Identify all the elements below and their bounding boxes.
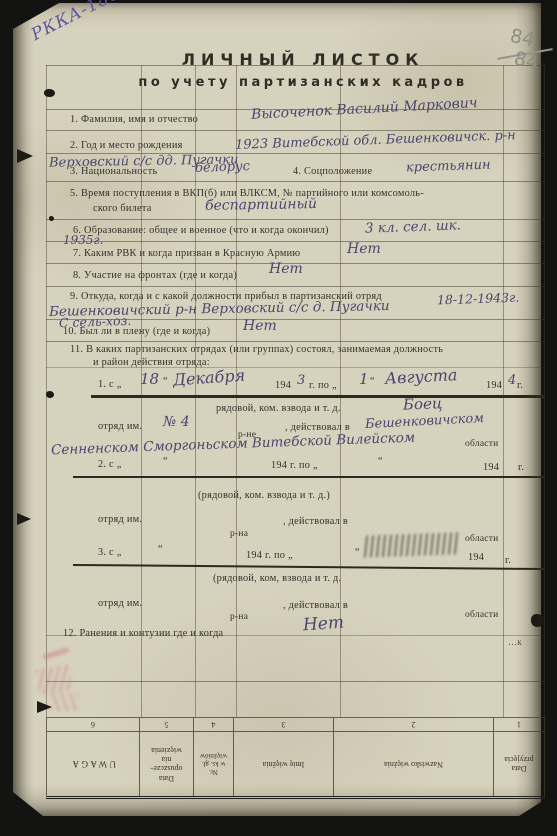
reverse-col-imie: Imię więźnia xyxy=(233,732,333,796)
reverse-colnum-5: 5 xyxy=(139,718,193,731)
entry3-year2: 194 xyxy=(468,553,484,563)
entry2-district-label: р-на xyxy=(230,530,248,540)
ink-blot xyxy=(531,614,544,627)
entry1-day-from: 18 xyxy=(140,372,159,387)
reverse-table-header-row: Data przyjęcia Nazwisko więźnia Imię wię… xyxy=(47,732,544,796)
reverse-colnum-1: 1 xyxy=(493,718,544,731)
entry3-quote1: “ xyxy=(158,545,163,555)
entry1-mid: г. по „ xyxy=(309,381,337,391)
corner-tear xyxy=(519,802,541,816)
entry1-rule xyxy=(91,395,545,398)
item8-label: 8. Участие на фронтах (где и когда) xyxy=(73,271,237,281)
entry3-unit-label: отряд им. xyxy=(98,599,142,609)
page-number: 84 xyxy=(512,49,540,73)
reverse-col-nazwisko: Nazwisko więźnia xyxy=(333,732,493,796)
reverse-col-uwaga: UWAGA xyxy=(47,732,139,796)
entry2-year2: 194 xyxy=(483,463,499,473)
form-rule xyxy=(46,181,545,182)
entry3-rank-caption: (рядовой, ком, взвода и т. д. xyxy=(213,574,341,584)
entry2-quote1: “ xyxy=(163,457,168,467)
reverse-col-data-przyjecia: Data przyjęcia xyxy=(493,732,544,796)
ink-blot xyxy=(44,89,55,97)
item11-label-line1: 11. В каких партизанских отрядах (или гр… xyxy=(70,345,443,355)
item5-label-line2: ского билета xyxy=(93,204,152,214)
item4-value: крестьянин xyxy=(406,159,491,175)
item4-label: 4. Соцположение xyxy=(293,167,372,177)
item7-label: 7. Каким РВК и когда призван в Красную А… xyxy=(73,249,300,259)
entry1-unit-value: № 4 xyxy=(163,415,190,429)
entry2-mid: 194 г. по „ xyxy=(271,461,318,471)
entry1-suffix: г. xyxy=(517,381,523,391)
ink-blot xyxy=(46,391,54,398)
entry2-rule xyxy=(73,476,545,478)
form-title: ЛИЧНЫЙ ЛИСТОК xyxy=(163,52,443,68)
reverse-register-table: Data przyjęcia Nazwisko więźnia Imię wię… xyxy=(46,717,545,799)
entry2-rank-caption: (рядовой, ком. взвода и т. д.) xyxy=(198,491,330,501)
item12-value: Нет xyxy=(302,615,344,635)
corner-tear xyxy=(13,3,59,29)
edge-ink-fragment: …к xyxy=(508,638,522,647)
entry3-suffix: г. xyxy=(505,556,511,566)
entry1-districts-value: Сенненском Сморгоньском Витебской Вилейс… xyxy=(51,432,415,458)
scanned-document: РККА-186 Азм. 84 84 ЛИЧНЫЙ ЛИСТОК по уче… xyxy=(0,0,557,836)
entry1-rank-caption: рядовой, ком. взвода и т. д. xyxy=(216,404,341,414)
grid-vline xyxy=(544,65,545,717)
entry1-year1-printed: 194 xyxy=(275,381,291,391)
paper-sheet: РККА-186 Азм. 84 84 ЛИЧНЫЙ ЛИСТОК по уче… xyxy=(13,3,541,816)
entry1-year2-printed: 194 xyxy=(486,381,502,391)
form-rule xyxy=(46,286,545,287)
entry3-prefix: 3. с „ xyxy=(98,548,122,558)
entry1-unit-label: отряд им. xyxy=(98,422,142,432)
item10-label: 10. Был ли в плену (где и когда) xyxy=(63,327,210,337)
form-rule xyxy=(46,241,545,242)
entry1-acted-value: Бешенковичском xyxy=(365,412,485,431)
reverse-colnum-2: 2 xyxy=(333,718,493,731)
item3-value: белорус xyxy=(195,160,250,175)
item7-value: Нет xyxy=(347,242,381,256)
reverse-col-nr: Nr. w ks. gł. więźniów xyxy=(193,732,233,796)
entry3-acted-label: , действовал в xyxy=(283,601,348,611)
item11-label-line2: и район действия отряда: xyxy=(93,358,210,368)
form-rule xyxy=(46,219,545,220)
reverse-colnum-6: 6 xyxy=(47,718,139,731)
reverse-col-data-opuszczenia: Data opuszcze- nia więzienia xyxy=(139,732,193,796)
item10-value: Нет xyxy=(243,319,277,333)
entry1-quote1: “ xyxy=(163,377,168,387)
grid-vline xyxy=(503,65,504,717)
item6-value-year: 1935г. xyxy=(63,234,103,246)
entry1-month-from: Декабря xyxy=(173,368,246,389)
entry2-acted-label: , действовал в xyxy=(283,517,348,527)
item1-label: 1. Фамилия, имя и отчество xyxy=(70,115,198,125)
item6-value: 3 кл. сел. шк. xyxy=(365,219,461,236)
corner-tear xyxy=(13,792,43,816)
edge-tear xyxy=(17,513,31,525)
grid-hline xyxy=(46,681,545,682)
item1-value: Высоченок Василий Маркович xyxy=(251,96,478,122)
reverse-colnum-4: 4 xyxy=(193,718,233,731)
ink-dot xyxy=(49,216,54,221)
reverse-table-number-row: 1 2 3 4 5 6 xyxy=(47,718,544,732)
entry1-quote2: “ xyxy=(370,377,375,387)
entry3-district-label: р-на xyxy=(230,613,248,623)
item6-label: 6. Образование: общее и военное (что и к… xyxy=(73,226,329,236)
item5-value: беспартийный xyxy=(205,197,317,213)
item8-value: Нет xyxy=(269,262,303,276)
entry2-quote2: “ xyxy=(378,457,383,467)
entry3-rule xyxy=(73,564,545,570)
entry3-mid: 194 г. по „ xyxy=(246,551,293,561)
page-number-struck: 84 xyxy=(508,27,536,51)
form-subtitle: по учету партизанских кадров xyxy=(118,76,488,89)
entry1-oblast-label: области xyxy=(465,440,499,450)
entry2-unit-label: отряд им. xyxy=(98,515,142,525)
item2-value-line1: 1923 Витебской обл. Бешенковичск. р-н xyxy=(235,129,516,152)
edge-tear xyxy=(37,701,52,713)
item3-label: 3. Национальность xyxy=(70,167,157,177)
entry1-month-to: Августа xyxy=(385,367,458,387)
entry2-suffix: г. xyxy=(518,463,524,473)
entry1-year1-digit: 3 xyxy=(297,374,305,387)
entry3-quote2: “ xyxy=(355,548,360,558)
entry1-day-to: 1 xyxy=(359,372,369,387)
form-rule xyxy=(46,341,545,342)
entry2-oblast-label: области xyxy=(465,535,499,545)
edge-tear xyxy=(17,149,33,163)
item12-label: 12. Ранения и контузии где и когда xyxy=(63,629,223,639)
entry1-prefix: 1. с „ xyxy=(98,380,122,390)
reverse-colnum-3: 3 xyxy=(233,718,333,731)
entry1-year2-digit: 4 xyxy=(508,374,516,387)
entry1-rank-value: Боец xyxy=(403,396,443,412)
illegible-stamp xyxy=(364,532,458,557)
item9-date: 18-12-1943г. xyxy=(437,292,520,307)
entry3-oblast-label: области xyxy=(465,611,499,621)
entry2-prefix: 2. с „ xyxy=(98,460,122,470)
item2-label: 2. Год и место рождения xyxy=(70,141,183,151)
